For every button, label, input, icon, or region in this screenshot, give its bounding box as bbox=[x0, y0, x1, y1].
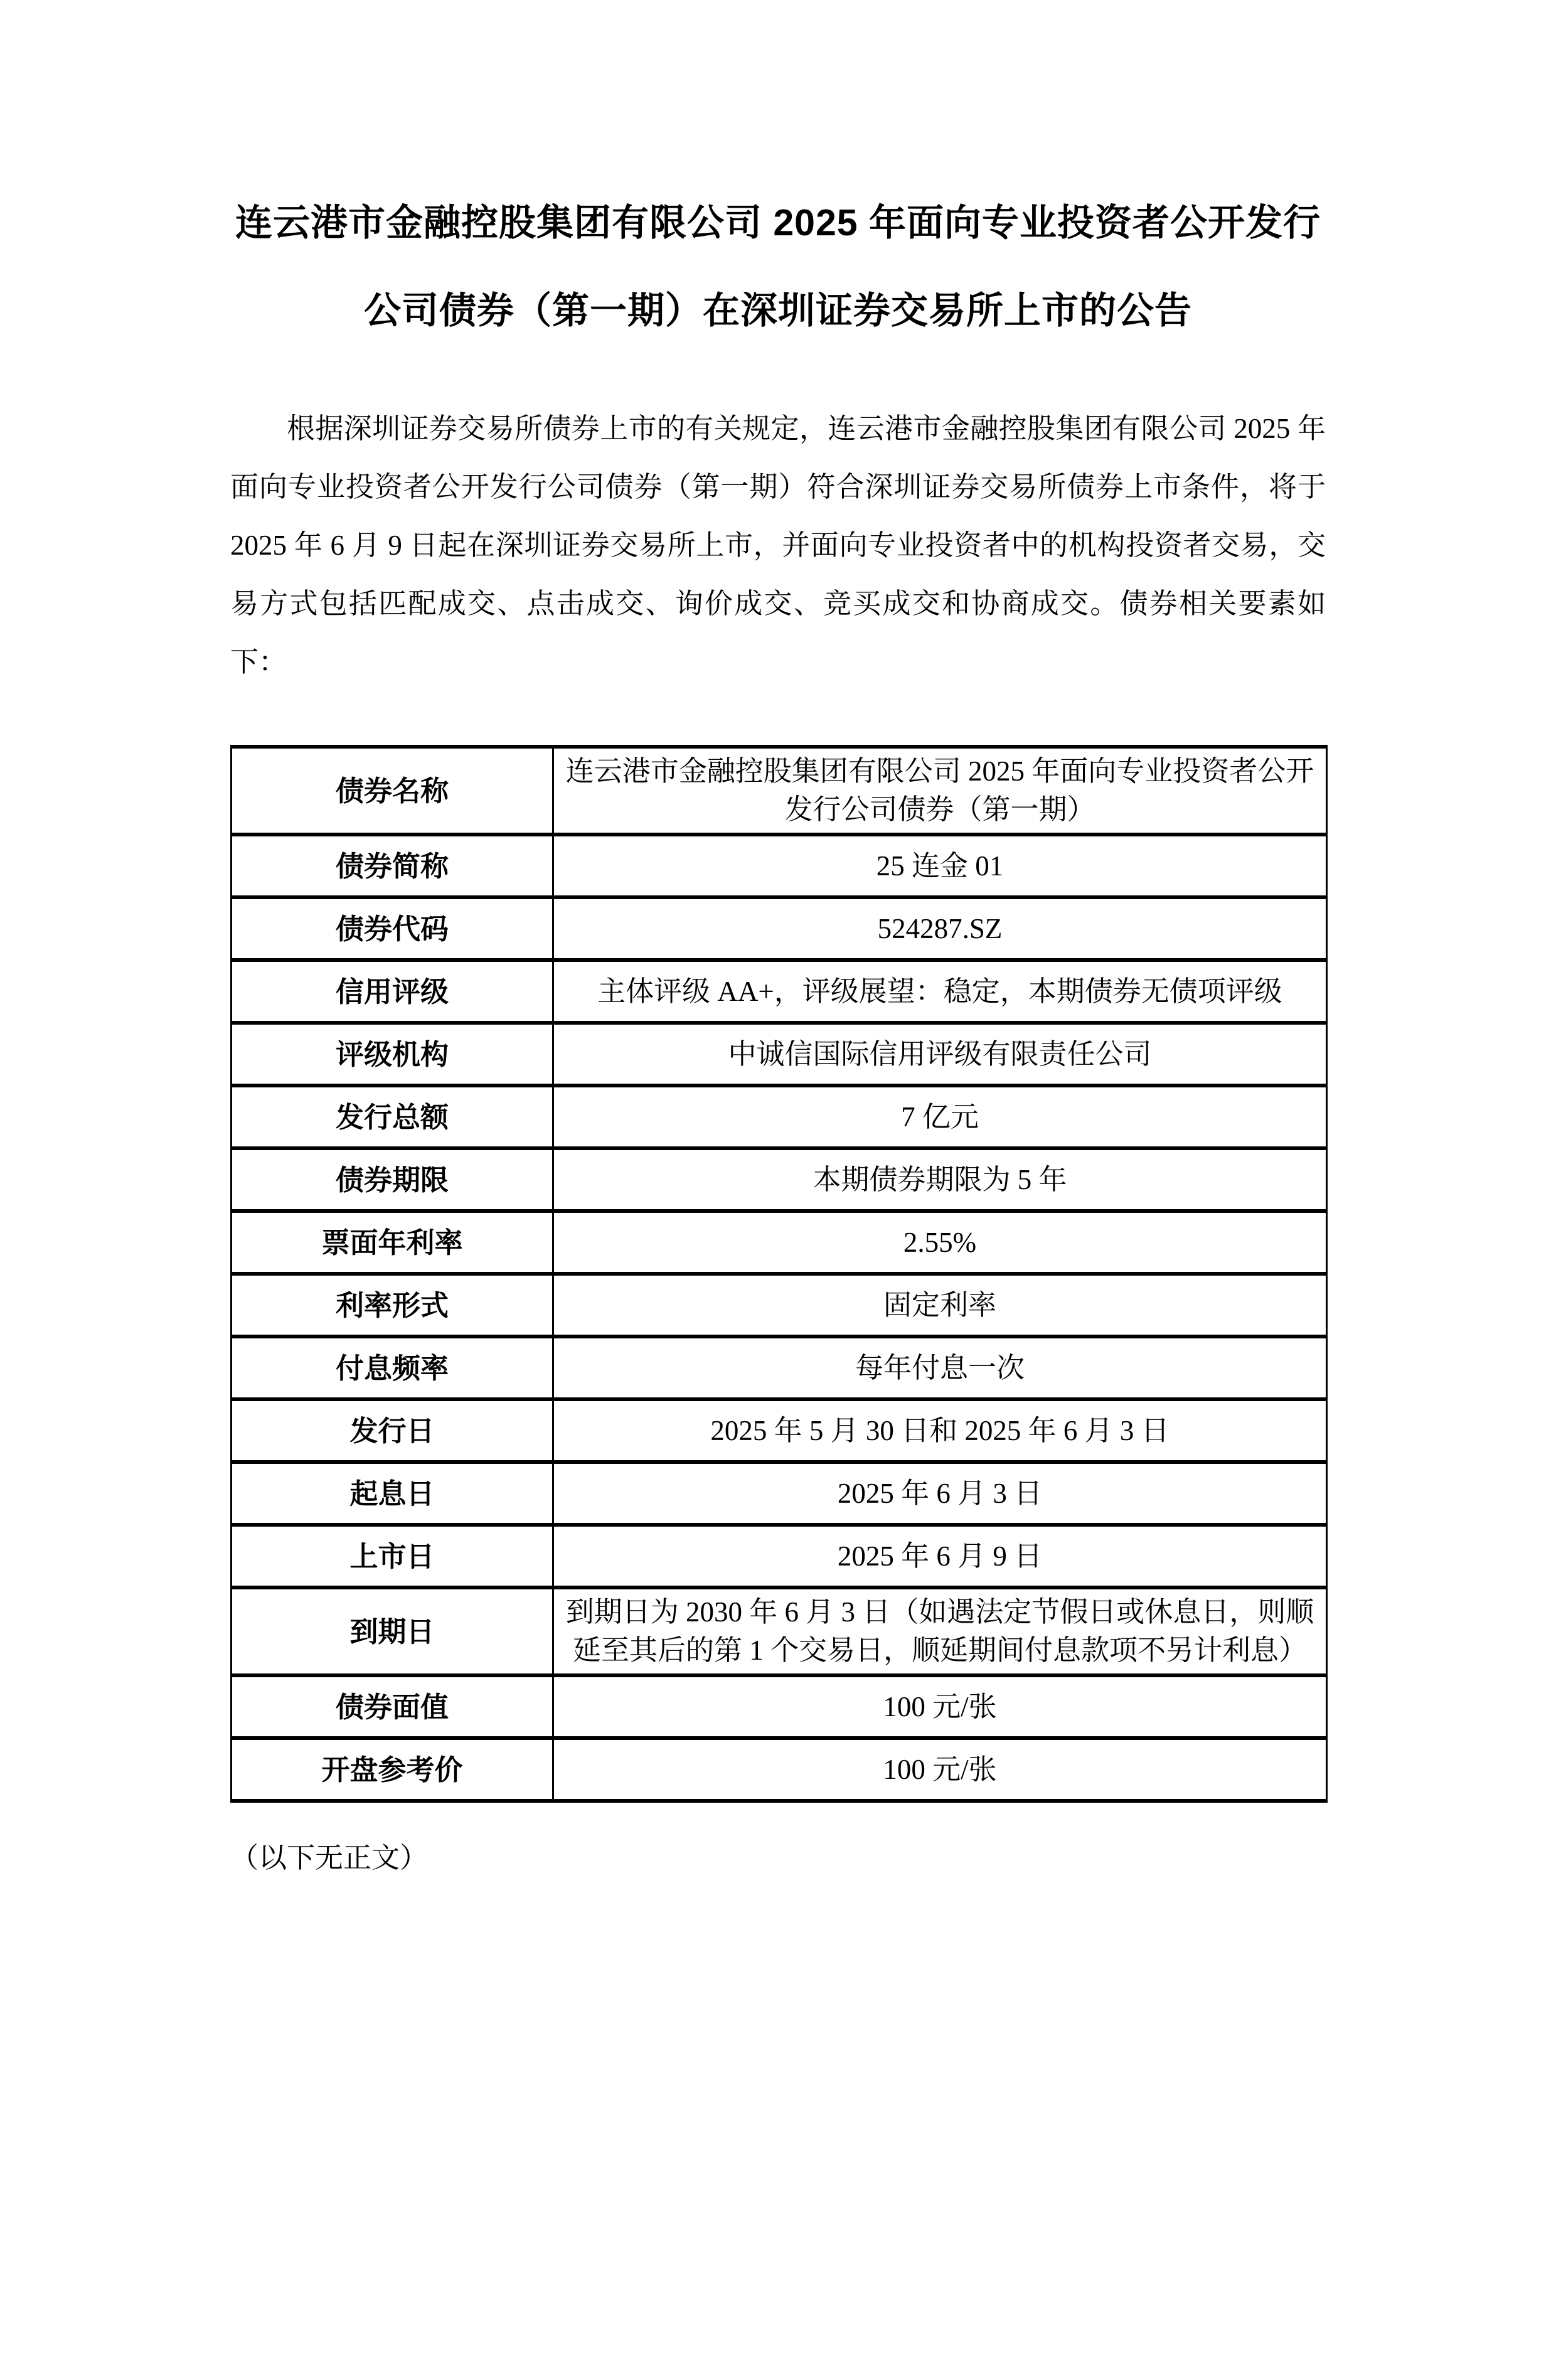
table-row: 上市日 2025 年 6 月 9 日 bbox=[232, 1525, 1327, 1588]
document-title-line1: 连云港市金融控股集团有限公司 2025 年面向专业投资者公开发行 bbox=[230, 179, 1326, 267]
bond-details-table: 债券名称 连云港市金融控股集团有限公司 2025 年面向专业投资者公开发行公司债… bbox=[230, 745, 1328, 1803]
document-title-line2: 公司债券（第一期）在深圳证券交易所上市的公告 bbox=[230, 267, 1326, 355]
table-row: 利率形式 固定利率 bbox=[232, 1274, 1327, 1337]
row-label: 开盘参考价 bbox=[232, 1738, 553, 1801]
row-value: 每年付息一次 bbox=[553, 1337, 1327, 1399]
row-value: 100 元/张 bbox=[553, 1738, 1327, 1801]
row-value: 2025 年 6 月 9 日 bbox=[553, 1525, 1327, 1588]
row-label: 信用评级 bbox=[232, 960, 553, 1023]
row-label: 起息日 bbox=[232, 1462, 553, 1525]
table-row: 债券面值 100 元/张 bbox=[232, 1675, 1327, 1738]
table-row: 起息日 2025 年 6 月 3 日 bbox=[232, 1462, 1327, 1525]
row-value: 2025 年 6 月 3 日 bbox=[553, 1462, 1327, 1525]
row-value: 7 亿元 bbox=[553, 1086, 1327, 1148]
row-value: 100 元/张 bbox=[553, 1675, 1327, 1738]
row-label: 债券简称 bbox=[232, 835, 553, 897]
document-page: { "page": { "title_line1": "连云港市金融控股集团有限… bbox=[0, 179, 1556, 2380]
table-row: 信用评级 主体评级 AA+，评级展望：稳定，本期债券无债项评级 bbox=[232, 960, 1327, 1023]
table-row: 开盘参考价 100 元/张 bbox=[232, 1738, 1327, 1801]
row-label: 付息频率 bbox=[232, 1337, 553, 1399]
table-row: 付息频率 每年付息一次 bbox=[232, 1337, 1327, 1399]
table-row: 发行日 2025 年 5 月 30 日和 2025 年 6 月 3 日 bbox=[232, 1399, 1327, 1462]
table-row: 票面年利率 2.55% bbox=[232, 1211, 1327, 1274]
row-value: 524287.SZ bbox=[553, 897, 1327, 960]
row-label: 评级机构 bbox=[232, 1023, 553, 1086]
row-label: 到期日 bbox=[232, 1588, 553, 1675]
table-row: 债券期限 本期债券期限为 5 年 bbox=[232, 1148, 1327, 1211]
table-row: 发行总额 7 亿元 bbox=[232, 1086, 1327, 1148]
row-value: 主体评级 AA+，评级展望：稳定，本期债券无债项评级 bbox=[553, 960, 1327, 1023]
row-value: 中诚信国际信用评级有限责任公司 bbox=[553, 1023, 1327, 1086]
row-label: 债券代码 bbox=[232, 897, 553, 960]
row-label: 债券面值 bbox=[232, 1675, 553, 1738]
row-value: 2.55% bbox=[553, 1211, 1327, 1274]
row-label: 债券名称 bbox=[232, 747, 553, 835]
row-value: 连云港市金融控股集团有限公司 2025 年面向专业投资者公开发行公司债券（第一期… bbox=[553, 747, 1327, 835]
row-label: 发行总额 bbox=[232, 1086, 553, 1148]
table-row: 债券名称 连云港市金融控股集团有限公司 2025 年面向专业投资者公开发行公司债… bbox=[232, 747, 1327, 835]
row-value: 固定利率 bbox=[553, 1274, 1327, 1337]
table-row: 债券简称 25 连金 01 bbox=[232, 835, 1327, 897]
row-value: 本期债券期限为 5 年 bbox=[553, 1148, 1327, 1211]
closing-note: （以下无正文） bbox=[230, 1829, 1326, 1887]
row-label: 上市日 bbox=[232, 1525, 553, 1588]
row-label: 发行日 bbox=[232, 1399, 553, 1462]
table-row: 评级机构 中诚信国际信用评级有限责任公司 bbox=[232, 1023, 1327, 1086]
row-value: 到期日为 2030 年 6 月 3 日（如遇法定节假日或休息日，则顺延至其后的第… bbox=[553, 1588, 1327, 1675]
table-row: 债券代码 524287.SZ bbox=[232, 897, 1327, 960]
row-value: 25 连金 01 bbox=[553, 835, 1327, 897]
row-label: 票面年利率 bbox=[232, 1211, 553, 1274]
row-label: 债券期限 bbox=[232, 1148, 553, 1211]
body-paragraph: 根据深圳证券交易所债券上市的有关规定，连云港市金融控股集团有限公司 2025 年… bbox=[230, 400, 1326, 691]
row-label: 利率形式 bbox=[232, 1274, 553, 1337]
document-title: 连云港市金融控股集团有限公司 2025 年面向专业投资者公开发行 公司债券（第一… bbox=[230, 179, 1326, 355]
table-row: 到期日 到期日为 2030 年 6 月 3 日（如遇法定节假日或休息日，则顺延至… bbox=[232, 1588, 1327, 1675]
row-value: 2025 年 5 月 30 日和 2025 年 6 月 3 日 bbox=[553, 1399, 1327, 1462]
page-content: 连云港市金融控股集团有限公司 2025 年面向专业投资者公开发行 公司债券（第一… bbox=[230, 179, 1326, 1887]
